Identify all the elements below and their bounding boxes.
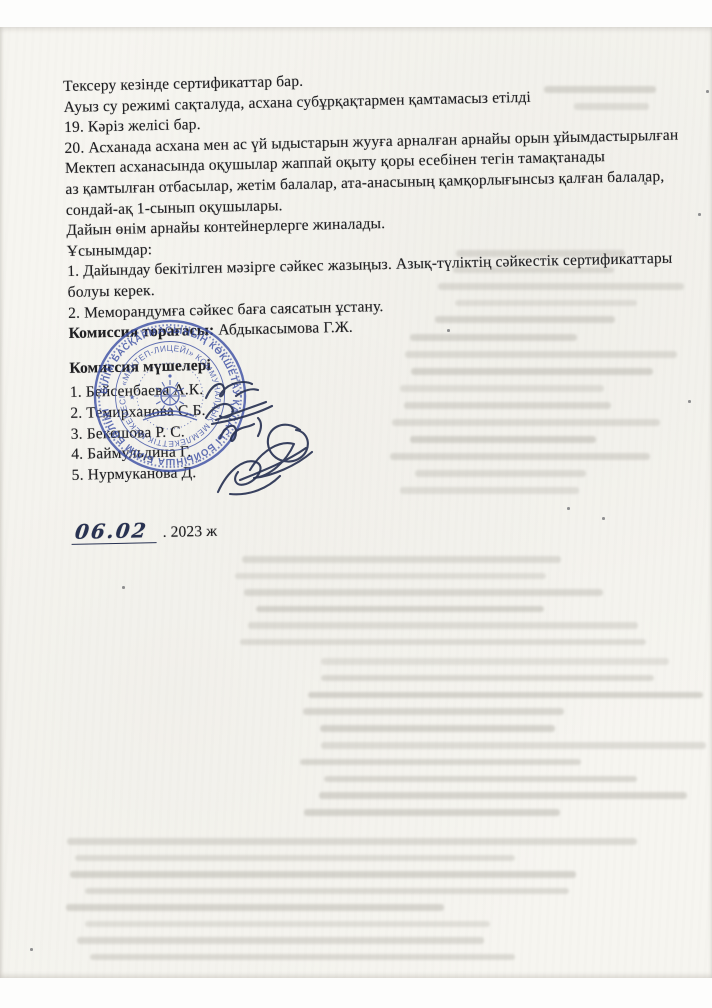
bleedthrough-line	[324, 776, 637, 783]
bleedthrough-line	[321, 742, 707, 749]
bleedthrough-line	[303, 708, 565, 715]
scan-speck	[30, 948, 33, 951]
bleedthrough-line	[256, 606, 545, 613]
bleedthrough-line	[319, 792, 687, 799]
bleedthrough-line	[70, 871, 577, 878]
bleedthrough-line	[244, 589, 604, 596]
bleedthrough-line	[242, 556, 562, 563]
bleedthrough-line	[85, 921, 490, 928]
bleedthrough-line	[77, 937, 484, 944]
bleedthrough-line	[321, 675, 654, 682]
chairman-name: Абдыкасымова Г.Ж.	[218, 319, 353, 339]
members-list: 1. Бейсенбаева А.К. 2. Темирханова С.Б. …	[70, 370, 682, 486]
bleedthrough-line	[304, 809, 560, 816]
bleedthrough-line	[300, 759, 582, 766]
scan-speck	[122, 586, 125, 589]
scanned-document: Тексеру кезінде сертификаттар бар. Ауыз …	[0, 0, 712, 1008]
document-text: Тексеру кезінде сертификаттар бар. Ауыз …	[63, 64, 683, 546]
bleedthrough-line	[240, 639, 647, 646]
bleedthrough-line	[248, 622, 639, 629]
handwritten-date: 06.02	[72, 520, 159, 545]
bleedthrough-line	[235, 573, 546, 580]
scan-speck	[698, 213, 701, 216]
bleedthrough-line	[90, 954, 516, 961]
bleedthrough-line	[67, 838, 637, 845]
bleedthrough-line	[308, 692, 703, 699]
bleedthrough-line	[66, 904, 445, 911]
bleedthrough-line	[320, 725, 555, 732]
bleedthrough-line	[321, 658, 669, 665]
chairman-label: Комиссия төрағасы:	[68, 322, 214, 342]
bleedthrough-line	[85, 888, 569, 895]
scan-speck	[706, 90, 709, 93]
scan-speck	[688, 400, 691, 403]
bleedthrough-line	[75, 855, 515, 862]
typed-year: . 2023 ж	[162, 523, 217, 541]
